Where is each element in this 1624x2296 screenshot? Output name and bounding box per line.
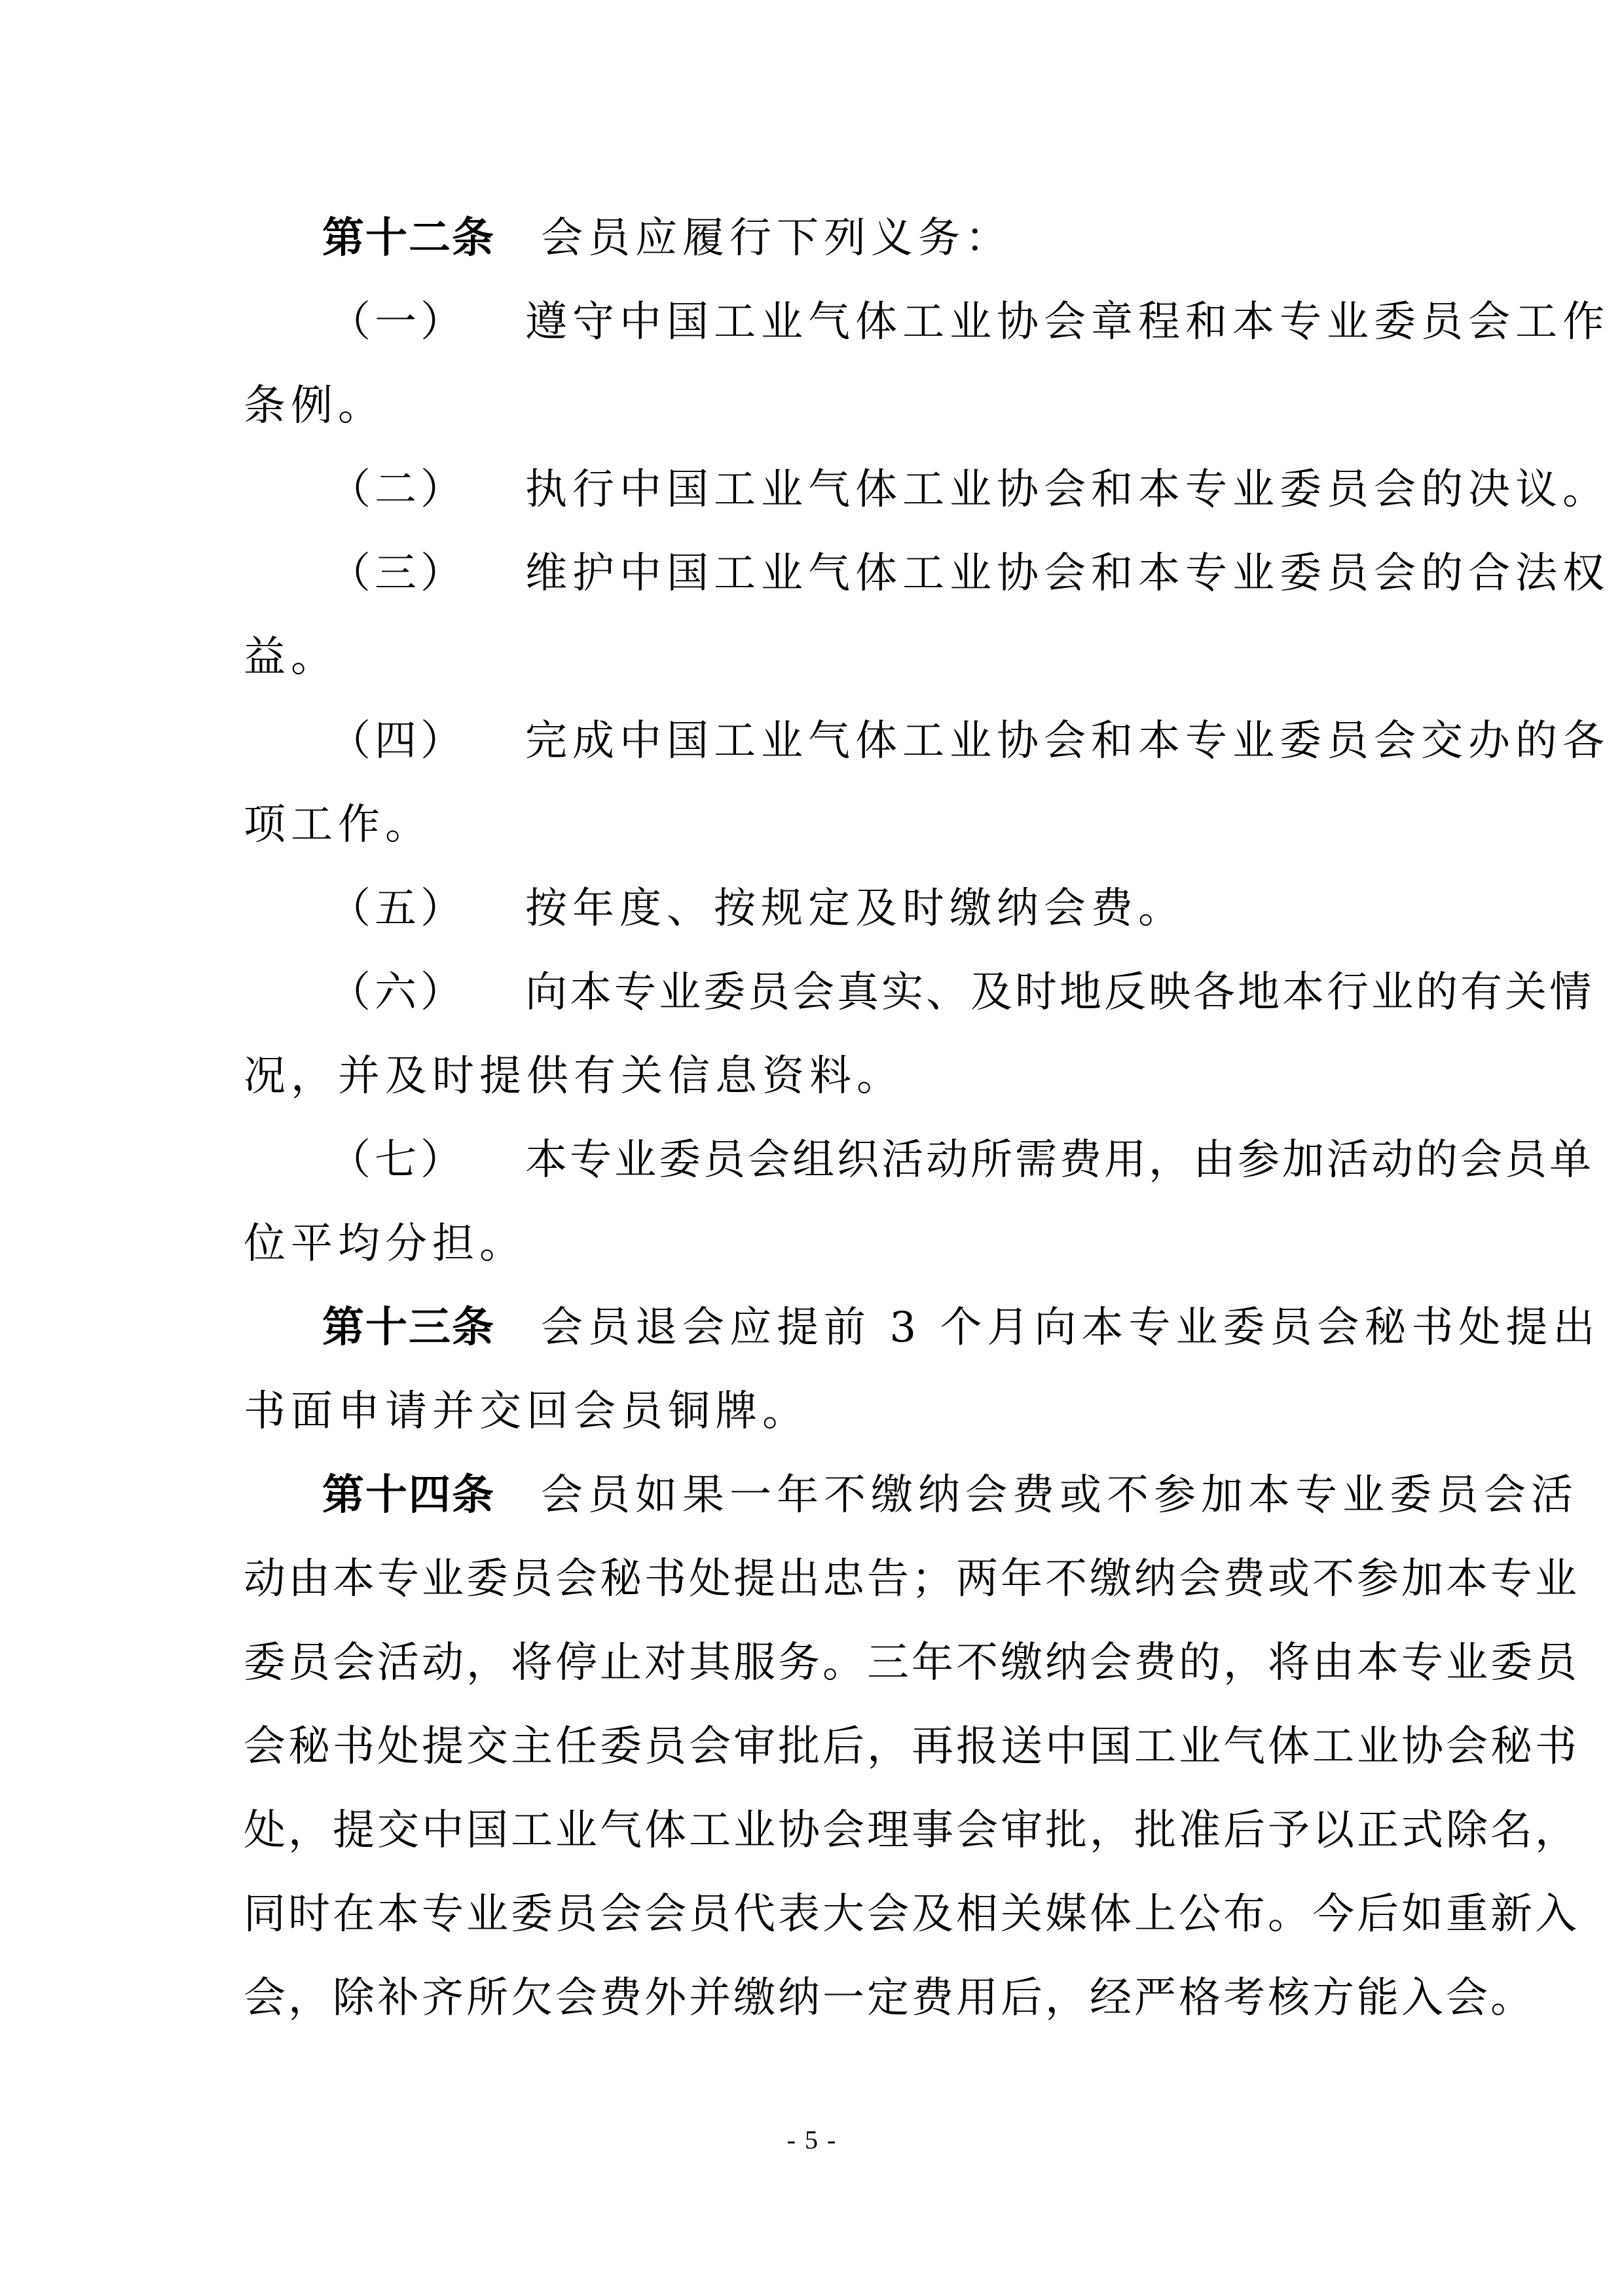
article-14-line-3: 委员会活动，将停止对其服务。三年不缴纳会费的，将由本专业委员 xyxy=(244,1621,1383,1705)
article-12-heading: 第十二条会员应履行下列义务： xyxy=(244,196,1383,280)
item-4-text: 完成中国工业气体工业协会和本专业委员会交办的各 xyxy=(525,717,1610,765)
article-12-item-7: （七）本专业委员会组织活动所需费用，由参加活动的会员单 xyxy=(244,1118,1383,1202)
article-13-line-2: 书面申请并交回会员铜牌。 xyxy=(244,1370,1383,1453)
article-12-item-6: （六）向本专业委员会真实、及时地反映各地本行业的有关情 xyxy=(244,951,1383,1034)
page-number: - 5 - xyxy=(0,2124,1624,2155)
article-14-line-5: 处，提交中国工业气体工业协会理事会审批，批准后予以正式除名， xyxy=(244,1789,1383,1872)
item-7-text: 本专业委员会组织活动所需费用，由参加活动的会员单 xyxy=(525,1136,1594,1184)
item-2-label: （二） xyxy=(329,465,466,514)
article-12-item-5: （五）按年度、按规定及时缴纳会费。 xyxy=(244,867,1383,951)
article-12-item-3: （三）维护中国工业气体工业协会和本专业委员会的合法权 xyxy=(244,532,1383,615)
item-1-text: 遵守中国工业气体工业协会章程和本专业委员会工作 xyxy=(525,298,1610,346)
article-13-heading: 第十三条会员退会应提前 3 个月向本专业委员会秘书处提出 xyxy=(244,1286,1383,1370)
article-12-item-4: （四）完成中国工业气体工业协会和本专业委员会交办的各 xyxy=(244,699,1383,783)
article-14-line-6: 同时在本专业委员会会员代表大会及相关媒体上公布。今后如重新入 xyxy=(244,1872,1383,1956)
article-13-label: 第十三条 xyxy=(322,1303,495,1352)
item-7-label: （七） xyxy=(329,1136,466,1184)
item-4-label: （四） xyxy=(329,717,466,765)
item-5-label: （五） xyxy=(329,884,466,933)
article-12-item-2: （二）执行中国工业气体工业协会和本专业委员会的决议。 xyxy=(244,448,1383,532)
article-14-line-2: 动由本专业委员会秘书处提出忠告；两年不缴纳会费或不参加本专业 xyxy=(244,1537,1383,1621)
article-12-text: 会员应履行下列义务： xyxy=(541,214,1012,263)
item-6-label: （六） xyxy=(329,968,466,1017)
article-12-label: 第十二条 xyxy=(322,214,495,263)
article-12-item-1: （一）遵守中国工业气体工业协会章程和本专业委员会工作 xyxy=(244,280,1383,364)
item-1-label: （一） xyxy=(329,298,466,346)
item-5-text: 按年度、按规定及时缴纳会费。 xyxy=(525,884,1185,933)
item-6-text: 向本专业委员会真实、及时地反映各地本行业的有关情 xyxy=(525,968,1594,1017)
article-12-item-4-cont: 项工作。 xyxy=(244,783,1383,867)
article-14-heading: 第十四条会员如果一年不缴纳会费或不参加本专业委员会活 xyxy=(244,1453,1383,1537)
article-12-item-3-cont: 益。 xyxy=(244,615,1383,699)
document-page: 第十二条会员应履行下列义务： （一）遵守中国工业气体工业协会章程和本专业委员会工… xyxy=(244,196,1383,2040)
article-13-text: 会员退会应提前 3 个月向本专业委员会秘书处提出 xyxy=(541,1303,1600,1352)
article-14-line-4: 会秘书处提交主任委员会审批后，再报送中国工业气体工业协会秘书 xyxy=(244,1705,1383,1789)
article-12-item-6-cont: 况，并及时提供有关信息资料。 xyxy=(244,1034,1383,1118)
article-14-line-7: 会，除补齐所欠会费外并缴纳一定费用后，经严格考核方能入会。 xyxy=(244,1956,1383,2040)
article-12-item-1-cont: 条例。 xyxy=(244,364,1383,448)
article-12-item-7-cont: 位平均分担。 xyxy=(244,1202,1383,1286)
item-2-text: 执行中国工业气体工业协会和本专业委员会的决议。 xyxy=(525,465,1610,514)
item-3-text: 维护中国工业气体工业协会和本专业委员会的合法权 xyxy=(525,549,1610,598)
article-14-text: 会员如果一年不缴纳会费或不参加本专业委员会活 xyxy=(541,1471,1578,1520)
item-3-label: （三） xyxy=(329,549,466,598)
article-14-label: 第十四条 xyxy=(322,1471,495,1520)
